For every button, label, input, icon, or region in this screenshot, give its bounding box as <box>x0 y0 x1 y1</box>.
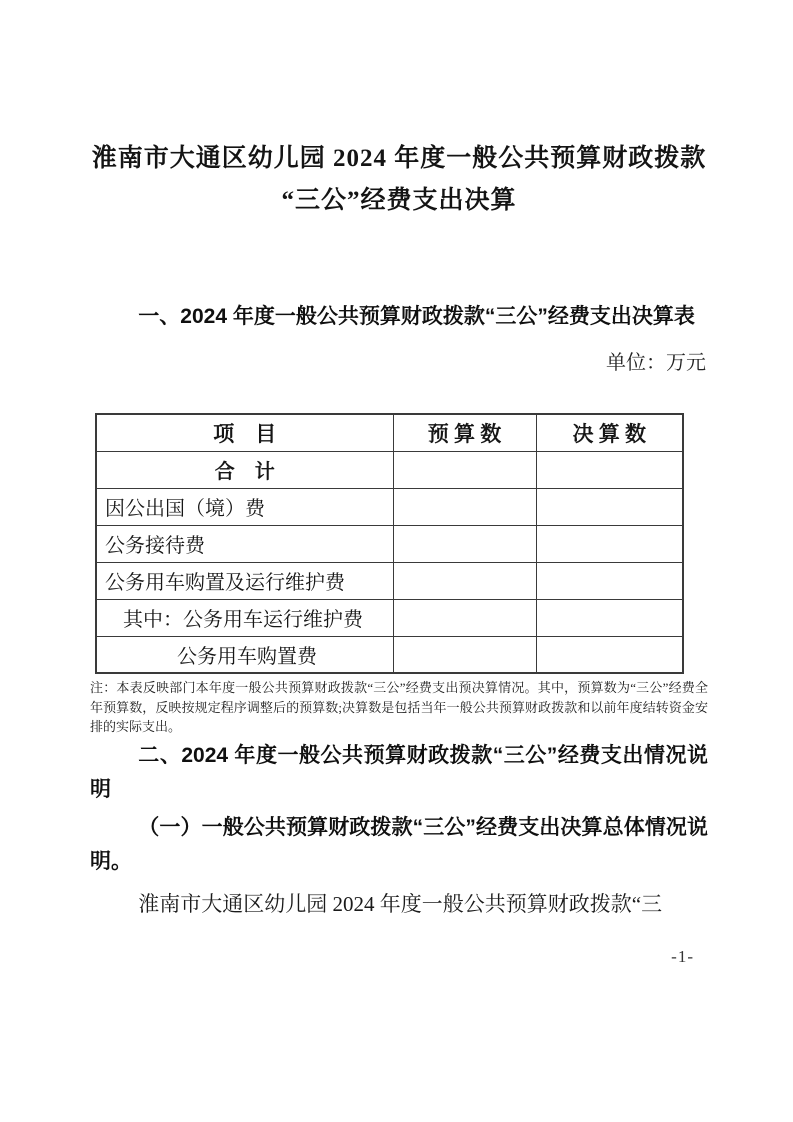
cell-final <box>536 451 683 488</box>
cell-final <box>536 488 683 525</box>
cell-budget <box>393 451 536 488</box>
cell-final <box>536 599 683 636</box>
cell-final <box>536 562 683 599</box>
table-row: 其中：公务用车运行维护费 <box>96 599 683 636</box>
cell-item: 公务接待费 <box>96 525 393 562</box>
cell-final <box>536 636 683 673</box>
cell-final <box>536 525 683 562</box>
document-title-line-1: 淮南市大通区幼儿园 2024 年度一般公共预算财政拨款 <box>90 138 708 180</box>
table-row: 因公出国（境）费 <box>96 488 683 525</box>
cell-budget <box>393 599 536 636</box>
document-title: 淮南市大通区幼儿园 2024 年度一般公共预算财政拨款 “三公”经费支出决算 <box>90 138 708 222</box>
table-row: 合 计 <box>96 451 683 488</box>
unit-label: 单位：万元 <box>90 346 708 380</box>
table-note: 注：本表反映部门本年度一般公共预算财政拨款“三公”经费支出预决算情况。其中，预算… <box>90 678 708 737</box>
budget-table: 项 目 预 算 数 决 算 数 合 计 因公出国（境）费 公务接待费 <box>95 413 684 674</box>
cell-item: 因公出国（境）费 <box>96 488 393 525</box>
section-1-heading: 一、2024 年度一般公共预算财政拨款“三公”经费支出决算表 <box>90 300 708 334</box>
body-paragraph: 淮南市大通区幼儿园 2024 年度一般公共预算财政拨款“三 <box>90 887 708 921</box>
document-page: 淮南市大通区幼儿园 2024 年度一般公共预算财政拨款 “三公”经费支出决算 一… <box>0 0 793 1122</box>
table-row: 公务用车购置费 <box>96 636 683 673</box>
subsection-1-heading: （一）一般公共预算财政拨款“三公”经费支出决算总体情况说明。 <box>90 811 708 879</box>
table-row: 公务用车购置及运行维护费 <box>96 562 683 599</box>
cell-item: 合 计 <box>96 451 393 488</box>
cell-budget <box>393 488 536 525</box>
section-2-heading: 二、2024 年度一般公共预算财政拨款“三公”经费支出情况说明 <box>90 739 708 807</box>
col-header-budget: 预 算 数 <box>393 414 536 451</box>
page-number: -1- <box>90 947 708 967</box>
cell-item: 公务用车购置费 <box>96 636 393 673</box>
col-header-final: 决 算 数 <box>536 414 683 451</box>
table-row: 公务接待费 <box>96 525 683 562</box>
cell-item: 公务用车购置及运行维护费 <box>96 562 393 599</box>
cell-budget <box>393 562 536 599</box>
cell-item: 其中：公务用车运行维护费 <box>96 599 393 636</box>
cell-budget <box>393 636 536 673</box>
table-header-row: 项 目 预 算 数 决 算 数 <box>96 414 683 451</box>
cell-budget <box>393 525 536 562</box>
document-title-line-2: “三公”经费支出决算 <box>90 180 708 222</box>
col-header-item: 项 目 <box>96 414 393 451</box>
